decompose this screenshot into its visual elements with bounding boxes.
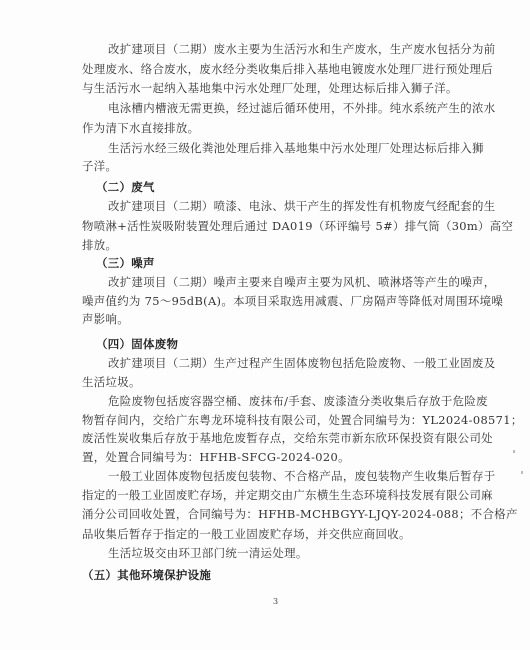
section-heading-exhaust: （二）废气: [96, 179, 468, 195]
page-number: 3: [273, 597, 278, 606]
text-line: 电泳槽内槽液无需更换，经过滤后循环使用，不外排。纯水系统产生的浓水: [108, 100, 454, 116]
text-line: 改扩建项目（二期）废水主要为生活污水和生产废水，生产废水包括分为前: [108, 41, 454, 57]
section-heading-solid-waste: （四）固体废物: [96, 336, 468, 352]
text-line: 改扩建项目（二期）生产过程产生固体废物包括危险废物、一般工业固废及: [108, 355, 454, 371]
text-line: 置，处置合同编号为：HFHB-SFCG-2024-020。: [82, 449, 454, 465]
text-line: 品收集后暂存于指定的一般工业固废贮存场，并交供应商回收。: [82, 526, 454, 542]
text-line: 指定的一般工业固废贮存场，并定期交由广东横生生态环境科技发展有限公司麻: [82, 487, 454, 503]
text-line: 声影响。: [82, 311, 454, 327]
text-line: 处理废水、络合废水，废水经分类收集后排入基地电镀废水处理厂进行预处理后: [82, 61, 454, 77]
document-page: 改扩建项目（二期）废水主要为生活污水和生产废水，生产废水包括分为前 处理废水、络…: [0, 0, 530, 650]
text-line: 生活垃圾。: [82, 374, 454, 390]
text-line: 与生活污水一起纳入基地集中污水处理厂处理，处理达标后排入狮子洋。: [82, 80, 454, 96]
text-line: 废活性炭收集后存放于基地危废暂存点，交给东莞市新东欣环保投资有限公司处: [82, 430, 454, 446]
section-heading-noise: （三）噪声: [96, 255, 468, 271]
text-line: 一般工业固体废物包括废包装物、不合格产品，废包装物产生收集后暂存于: [108, 468, 454, 484]
text-line: 物喷淋+活性炭吸附装置处理后通过 DA019（环评编号 5#）排气筒（30m）高…: [82, 218, 454, 234]
text-line: 改扩建项目（二期）噪声主要来自噪声主要为风机、喷淋塔等产生的噪声，: [108, 274, 454, 290]
text-line: 子洋。: [82, 158, 454, 174]
text-line: 生活垃圾交由环卫部门统一清运处理。: [108, 545, 454, 561]
text-line: 生活污水经三级化粪池处理后排入基地集中污水处理厂处理达标后排入狮: [108, 140, 454, 156]
text-line: 噪声值约为 75～95dB(A)。本项目采取选用减震、厂房隔声等降低对周围环境噪: [82, 293, 454, 309]
text-line: 作为清下水直接排放。: [82, 120, 454, 136]
text-line: 涌分公司回收处置，合同编号为：HFHB-MCHBGYY-LJQY-2024-08…: [82, 506, 454, 522]
text-line: 物暂存间内，交给广东粤龙环境科技有限公司，处置合同编号为：YL2024-0857…: [82, 412, 454, 428]
text-line: 改扩建项目（二期）喷漆、电泳、烘干产生的挥发性有机物废气经配套的生: [108, 198, 454, 214]
scan-speck: [513, 450, 515, 453]
text-line: 危险废物包括废容器空桶、废抹布/手套、废漆渣分类收集后存放于危险废: [108, 393, 454, 409]
section-heading-other: （五）其他环境保护设施: [82, 567, 454, 583]
text-line: 排放。: [82, 237, 454, 253]
scan-speck: [521, 471, 523, 474]
